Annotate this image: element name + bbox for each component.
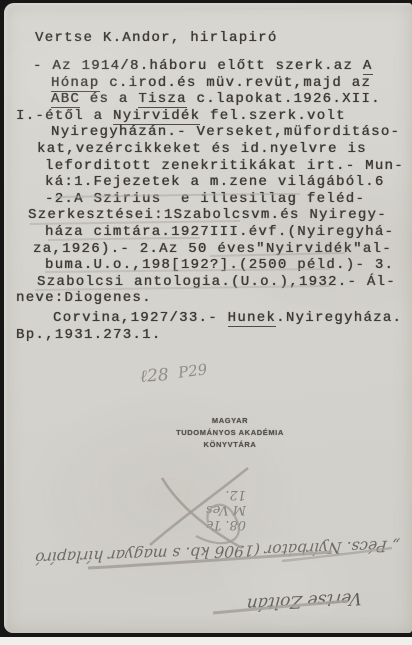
pencil-shelfmark-right: P29 (177, 360, 208, 381)
typed-line: kat,vezércikkeket és id.nyelvre is (37, 141, 412, 158)
scanned-catalog-card-page: Vertse K.Andor, hirlapiró - Az 1914/8.há… (0, 0, 412, 645)
typed-line: leforditott zenekritikákat irt.- Mun- (45, 158, 412, 175)
typed-line: Bp.,1931.273.1. (16, 327, 412, 344)
typed-citation-text: Corvina,1927/33.- Hunek.Nyiregyháza.Bp.,… (4, 310, 412, 344)
pencil-block-line: 08. Te (158, 517, 246, 532)
typed-line: Szabolcsi antologia.(U.o.),1932.- Ál- (37, 274, 412, 291)
typed-text: Szabolcsi antologia.(U.o.),1932.- Ál- (37, 274, 396, 290)
typed-line: neve:Diogenes. (16, 290, 412, 307)
upside-down-pencil-block: 08. Te M Ves 12. (158, 487, 246, 532)
pencil-block-line: M Ves (158, 502, 246, 517)
typed-line: háza cimtára.1927III.évf.(Nyiregyhá- (45, 224, 412, 241)
stamp-line: TUDOMÁNYOS AKADÉMIA (150, 427, 310, 439)
underlined-text: A (363, 58, 373, 75)
typed-line: Corvina,1927/33.- Hunek.Nyiregyháza. (53, 310, 412, 327)
pencil-block-line: 12. (158, 487, 246, 502)
typed-body-text: - Az 1914/8.háboru előtt szerk.az AHónap… (4, 58, 412, 307)
underlined-text: Tisza (138, 91, 187, 108)
scan-edge-strip (0, 637, 412, 645)
typed-line: za,1926).- 2.Az 50 éves"Nyirvidék"al- (33, 241, 412, 258)
typed-text: leforditott zenekritikákat irt.- Mun- (45, 158, 404, 174)
typed-text: - Az 1914/8.háboru előtt szerk.az (33, 58, 363, 74)
typed-text: I.-étől a (16, 108, 113, 124)
typed-line: Hónap c.irod.és müv.revüt,majd az (51, 75, 412, 92)
typed-text: za,1926).- 2.Az 50 éves"Nyirvidék"al- (33, 241, 392, 257)
typed-line: Nyiregyházán.- Verseket,müforditáso- (51, 124, 412, 141)
typed-text: fel.szerk.volt (200, 108, 346, 124)
stamp-line: MAGYAR (150, 415, 310, 427)
typed-text: c.irod.és müv.revüt,majd az (100, 75, 372, 91)
typed-text: c.lapokat.1926.XII. (187, 91, 381, 107)
library-stamp: MAGYAR TUDOMÁNYOS AKADÉMIA KÖNYVTÁRA (150, 415, 310, 451)
typed-text: Bp.,1931.273.1. (16, 327, 162, 343)
underlined-text: ABC (51, 91, 80, 108)
typed-text: háza cimtára.1927III.évf.(Nyiregyhá- (45, 224, 394, 240)
underlined-text: Hónap (51, 75, 100, 92)
typed-line: -2.A Szirius e illesillag feléd- (45, 191, 412, 208)
card-heading-author: Vertse K.Andor, hirlapiró (35, 30, 278, 46)
typed-text: és a (80, 91, 138, 107)
underlined-text: Hunek (228, 310, 277, 327)
typed-line: ká:1.Fejezetek a m.zene világából.6 (45, 174, 412, 191)
typed-line: ABC és a Tisza c.lapokat.1926.XII. (51, 91, 412, 108)
typed-text: ká:1.Fejezetek a m.zene világából.6 (45, 174, 385, 190)
stamp-line: KÖNYVTÁRA (150, 439, 310, 451)
typed-text: neve:Diogenes. (16, 290, 152, 306)
typed-text: Szerkesztései:1Szabolcsvm.és Nyiregy- (28, 207, 387, 223)
typed-text: .Nyiregyháza. (276, 310, 402, 326)
typed-text: -2.A Szirius e illesillag feléd- (45, 191, 365, 207)
typed-line: buma.U.o.,198[192?].(2500 péld.)- 3. (45, 257, 412, 274)
typed-line: - Az 1914/8.háboru előtt szerk.az A (33, 58, 412, 75)
typed-line: Szerkesztései:1Szabolcsvm.és Nyiregy- (28, 207, 412, 224)
typed-text: kat,vezércikkeket és id.nyelvre is (37, 141, 367, 157)
typed-text: buma.U.o.,198[192?].(2500 péld.)- 3. (45, 257, 394, 273)
typed-text: Nyiregyházán.- Verseket,müforditáso- (51, 124, 400, 140)
typed-text: Corvina,1927/33.- (53, 310, 228, 326)
pencil-shelfmark-left: ℓ28 (139, 365, 169, 387)
underlined-text: Nyirvidék (113, 108, 200, 125)
typed-line: I.-étől a Nyirvidék fel.szerk.volt (16, 108, 412, 125)
